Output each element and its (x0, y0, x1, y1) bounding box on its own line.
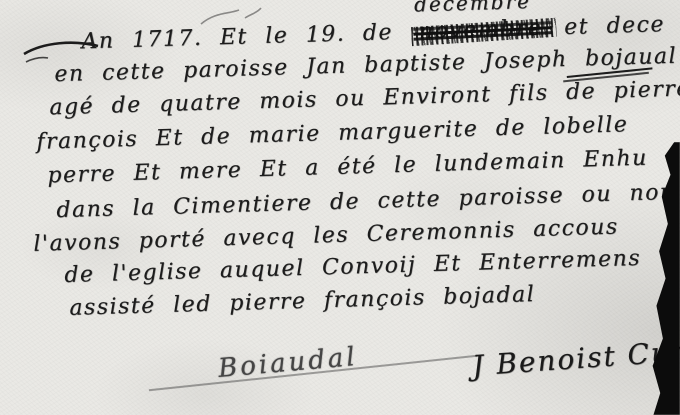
line1-suffix-text: et dece (564, 12, 665, 40)
manuscript-line-9: assisté led pierre françois bojadal (69, 282, 536, 321)
struck-word-novembre: novembredecembre (419, 16, 543, 45)
scanned-parish-record-page: An 1717. Et le 19. denovembredecembreet … (0, 0, 680, 415)
struck-word-text: novembre (419, 16, 543, 45)
line1-date-text: An 1717. Et le 19. de (81, 20, 393, 54)
manuscript-line-5: perre Et mere Et a été le lundemain Enhu (47, 146, 648, 189)
inserted-word-decembre: decembre (414, 0, 532, 16)
